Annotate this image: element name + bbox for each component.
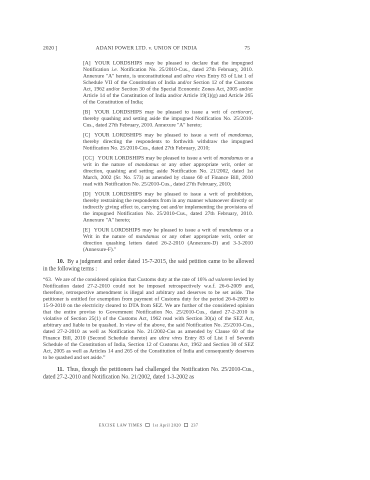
prayer-paragraph-c: [C]YOUR LORDSHIPS may be pleased to issu…: [83, 132, 253, 152]
paragraph-number: 11.: [57, 367, 67, 373]
page-header: 2020 ] ADANI POWER LTD. v. UNION OF INDI…: [43, 45, 254, 51]
prayer-label: [E]: [83, 227, 94, 233]
prayer-paragraph-e: [E]YOUR LORDSHIPS may be pleased to issu…: [83, 227, 253, 253]
square-icon: [145, 423, 149, 427]
prayer-paragraph-a: [A]YOUR LORDSHIPS may be pleased to decl…: [83, 60, 253, 106]
prayer-text: YOUR LORDSHIPS may be pleased to issue a…: [83, 109, 253, 128]
prayer-paragraph-cc: [CC]YOUR LORDSHIPS may be pleased to iss…: [83, 155, 253, 188]
page-number: 75: [215, 45, 254, 51]
square-icon: [184, 423, 188, 427]
paragraph-text: Thus, though the petitioners had challen…: [43, 367, 254, 380]
page-body: 2020 ] ADANI POWER LTD. v. UNION OF INDI…: [0, 0, 370, 480]
prayer-paragraph-d: [D]YOUR LORDSHIPS may be pleased to issu…: [83, 191, 253, 224]
journal-name: EXCISE LAW TIMES: [99, 423, 143, 428]
prayer-label: [B]: [83, 109, 94, 115]
prayer-text: YOUR LORDSHIPS may be pleased to issue a…: [83, 132, 253, 151]
page-content: 2020 ] ADANI POWER LTD. v. UNION OF INDI…: [43, 45, 254, 385]
footer-page-number: 237: [191, 423, 198, 428]
judgment-quote-63: “63. We are of the considered opinion th…: [43, 277, 254, 362]
prayer-label: [D]: [83, 191, 95, 197]
prayer-text: YOUR LORDSHIPS may be pleased to declare…: [83, 60, 253, 105]
prayer-label: [CC]: [83, 155, 98, 161]
scanned-page: 2020 ] ADANI POWER LTD. v. UNION OF INDI…: [0, 0, 370, 480]
prayer-paragraph-b: [B]YOUR LORDSHIPS may be pleased to issu…: [83, 109, 253, 129]
paragraph-10: 10.By a judgment and order dated 15-7-20…: [43, 258, 254, 273]
case-title: ADANI POWER LTD. v. UNION OF INDIA: [78, 46, 215, 52]
paragraph-text: By a judgment and order dated 15-7-2015,…: [43, 259, 254, 272]
page-footer: EXCISE LAW TIMES1st April 2020237: [43, 423, 254, 428]
prayer-text: YOUR LORDSHIPS may be pleased to issue a…: [83, 191, 253, 223]
paragraph-11: 11.Thus, though the petitioners had chal…: [43, 366, 254, 381]
prayer-text: YOUR LORDSHIPS may be pleased to issue a…: [83, 155, 253, 187]
prayer-text: YOUR LORDSHIPS may be pleased to issue a…: [83, 227, 253, 253]
prayer-label: [A]: [83, 60, 95, 66]
prayer-block: [A]YOUR LORDSHIPS may be pleased to decl…: [83, 60, 253, 253]
issue-date: 1st April 2020: [152, 423, 181, 428]
paragraph-number: 10.: [57, 259, 67, 265]
volume-year: 2020 ]: [43, 45, 78, 51]
prayer-label: [C]: [83, 132, 94, 138]
